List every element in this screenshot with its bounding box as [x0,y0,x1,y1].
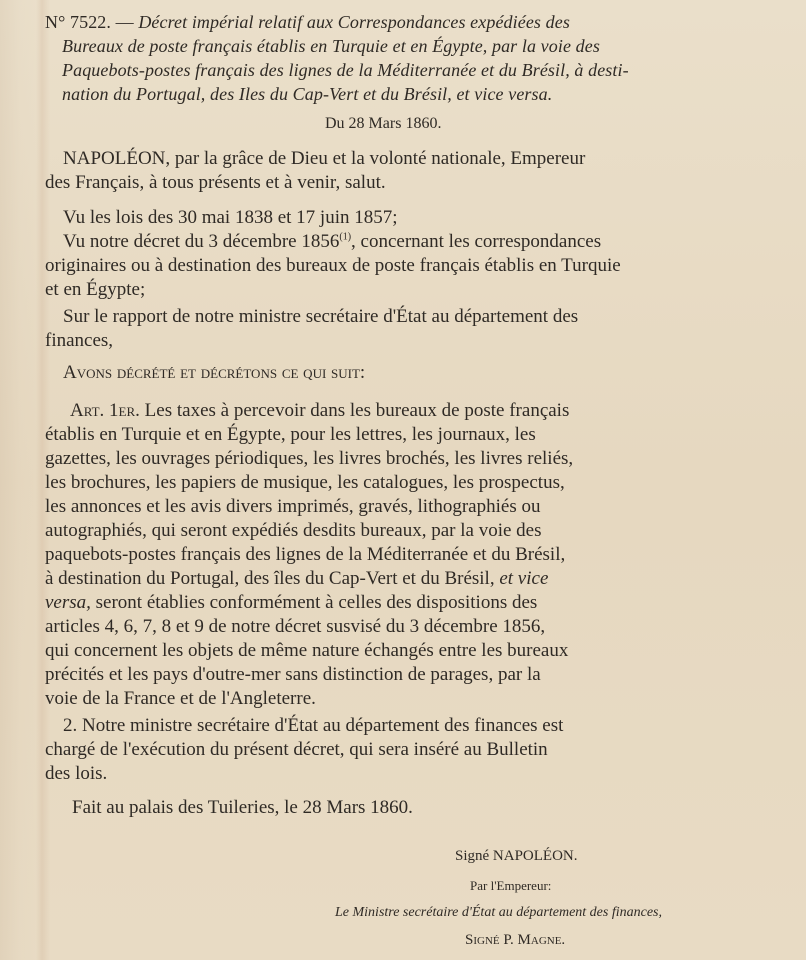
article-1-label: Art. 1er. [70,400,140,421]
consideration-decree: Vu notre décret du 3 décembre 1856(1), c… [63,231,601,253]
decree-number: N° 7522. [45,12,111,32]
article-1-line: qui concernent les objets de même nature… [45,640,568,662]
footnote-ref[interactable]: (1) [339,232,351,243]
article-2-line: chargé de l'exécution du présent décret,… [45,739,548,761]
article-1-line: articles 4, 6, 7, 8 et 9 de notre décret… [45,616,545,638]
decree-title-line-1: N° 7522. — Décret impérial relatif aux C… [45,12,757,33]
article-1-line: les brochures, les papiers de musique, l… [45,472,565,494]
article-1-line: versa, seront établies conformément à ce… [45,592,537,614]
article-1-line: autographiés, qui seront expédiés desdit… [45,520,542,542]
decree-date: Du 28 Mars 1860. [325,115,441,133]
decree-title-line-4: nation du Portugal, des Iles du Cap-Vert… [62,84,552,105]
signature-minister-title: Le Ministre secrétaire d'État au départe… [335,905,662,921]
signature-emperor: Signé NAPOLÉON. [455,848,578,865]
preamble-line-2: des Français, à tous présents et à venir… [45,172,386,194]
signature-by: Par l'Empereur: [470,878,551,894]
decree-title-text: Décret impérial relatif aux Correspondan… [138,12,570,32]
consideration-decree-cont: originaires ou à destination des bureaux… [45,255,621,277]
article-2-line: 2. Notre ministre secrétaire d'État au d… [63,715,563,737]
article-1-line: les annonces et les avis divers imprimés… [45,496,540,518]
consideration-report: Sur le rapport de notre ministre secréta… [63,306,578,328]
article-1-line: précités et les pays d'outre-mer sans di… [45,664,541,686]
closing-line: Fait au palais des Tuileries, le 28 Mars… [72,797,413,819]
article-1-line: établis en Turquie et en Égypte, pour le… [45,424,536,446]
decree-title-line-2: Bureaux de poste français établis en Tur… [62,36,600,57]
consideration-decree-end: et en Égypte; [45,279,145,301]
consideration-laws: Vu les lois des 30 mai 1838 et 17 juin 1… [63,207,398,229]
preamble-line-1: NAPOLÉON, par la grâce de Dieu et la vol… [63,148,585,170]
decree-title-line-3: Paquebots-postes français des lignes de … [62,60,629,81]
signature-minister: Signé P. Magne. [465,932,565,949]
article-1-line: à destination du Portugal, des îles du C… [45,568,548,590]
article-1-line: paquebots-postes français des lignes de … [45,544,565,566]
article-1-line: gazettes, les ouvrages périodiques, les … [45,448,573,470]
decree-formula: Avons décrété et décrétons ce qui suit: [63,362,365,384]
consideration-report-end: finances, [45,330,113,352]
article-1-line: voie de la France et de l'Angleterre. [45,688,316,710]
article-2-line: des lois. [45,763,107,785]
article-1-line-1: Art. 1er. Les taxes à percevoir dans les… [70,400,569,422]
